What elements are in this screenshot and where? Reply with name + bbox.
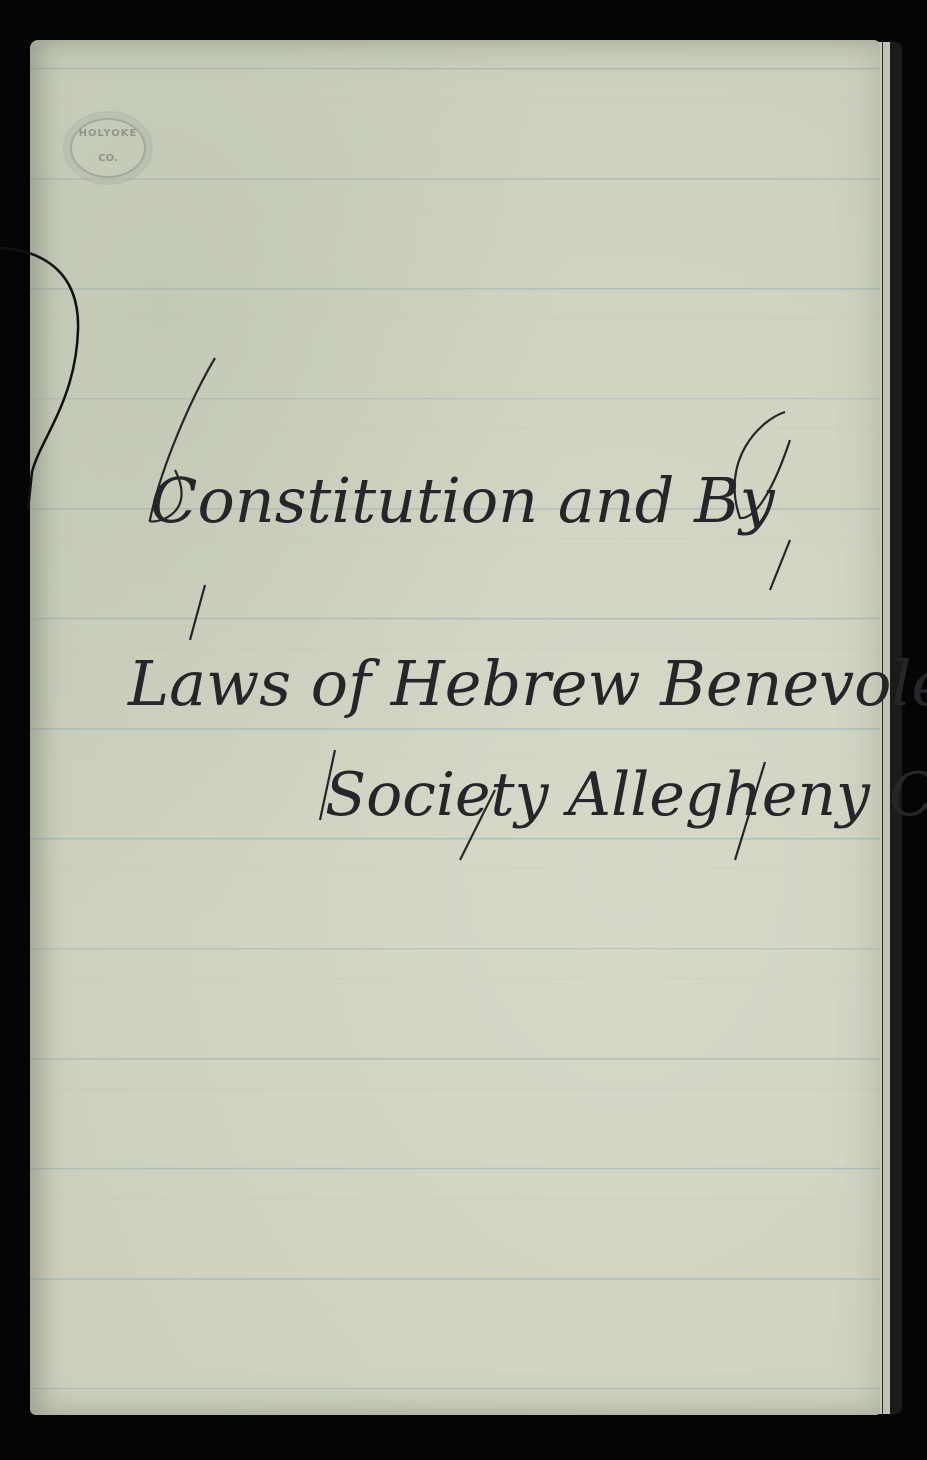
binding-thread: [0, 210, 120, 510]
holyoke-embossed-seal: HOLYOKE CO.: [70, 118, 146, 178]
cover-page: HOLYOKE CO.: [30, 40, 880, 1415]
seal-line-1: HOLYOKE: [72, 128, 144, 139]
seal-line-2: CO.: [72, 153, 144, 164]
